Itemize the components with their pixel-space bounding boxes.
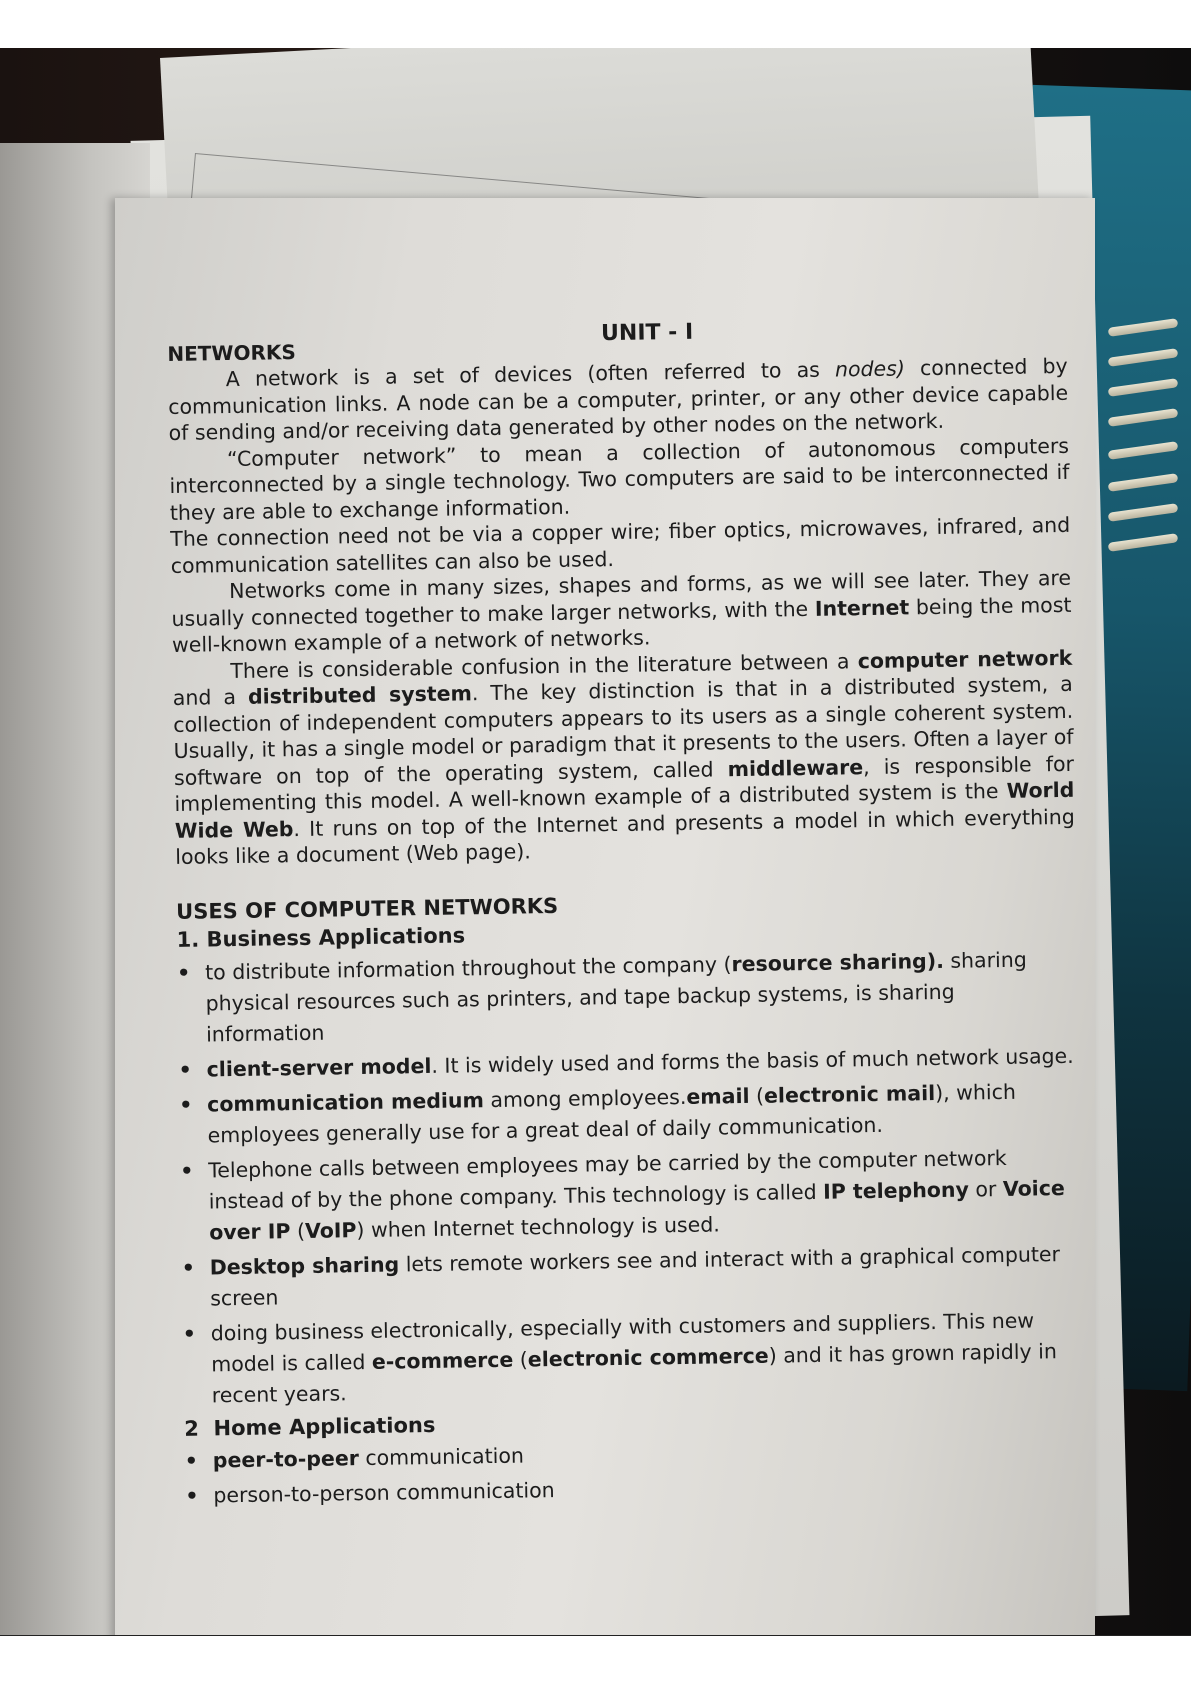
list-item: Desktop sharing lets remote workers see …	[182, 1238, 1083, 1314]
business-list: to distribute information throughout the…	[177, 943, 1084, 1411]
list-item: Telephone calls between employees may be…	[180, 1141, 1081, 1248]
list-item: communication medium among employees.ema…	[179, 1075, 1080, 1151]
paragraph-distributed-system: There is considerable confusion in the l…	[172, 644, 1075, 870]
bottom-rule	[0, 1635, 1191, 1636]
photo-background: Z UNIT - I NETWORKS A network is a set o…	[0, 48, 1191, 1635]
list-item: to distribute information throughout the…	[177, 943, 1078, 1050]
page-content: UNIT - I NETWORKS A network is a set of …	[167, 314, 1086, 1516]
paragraph-network-definition: A network is a set of devices (often ref…	[168, 353, 1069, 447]
paragraph-computer-network: “Computer network” to mean a collection …	[169, 432, 1070, 526]
document-page: UNIT - I NETWORKS A network is a set of …	[115, 198, 1095, 1635]
home-list: peer-to-peer communication person-to-per…	[185, 1432, 1086, 1512]
paragraph-network-sizes: Networks come in many sizes, shapes and …	[171, 565, 1072, 659]
list-item: doing business electronically, especiall…	[183, 1304, 1084, 1411]
